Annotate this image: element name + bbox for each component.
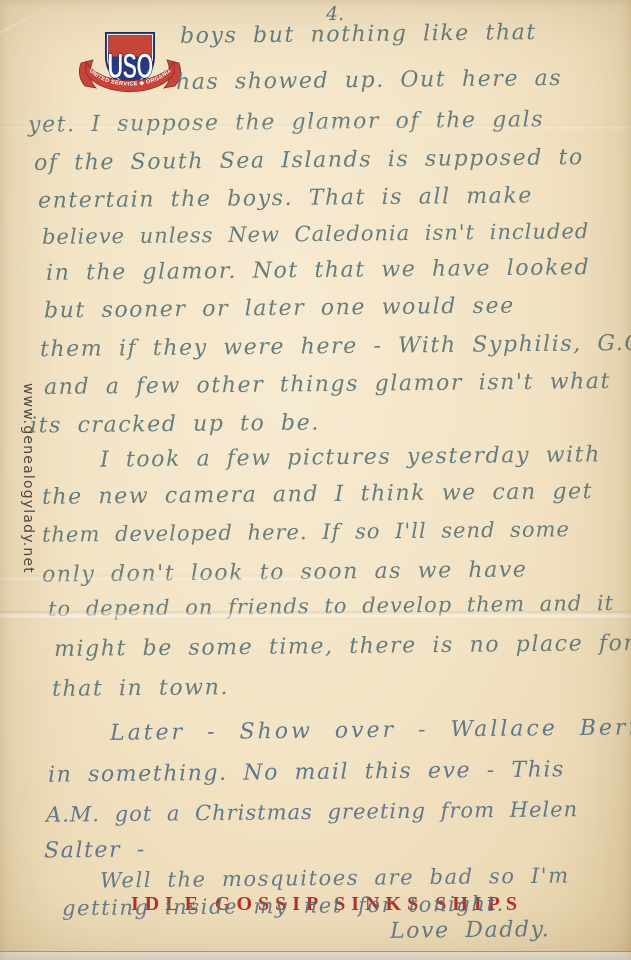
handwritten-line: Well the mosquitoes are bad so I'm xyxy=(100,864,570,893)
handwritten-line: entertain the boys. That is all make xyxy=(38,183,533,213)
letter-page: USO UNITED SERVICE ◆ ORGANIZATIONS 4. ww… xyxy=(0,0,631,960)
handwritten-line: has showed up. Out here as xyxy=(176,66,562,95)
watermark-url: www.genealogylady.net xyxy=(20,383,36,574)
handwritten-line: that in town. xyxy=(52,675,229,702)
handwritten-line: them if they were here - With Syphilis, … xyxy=(40,331,631,362)
handwritten-line: boys but nothing like that xyxy=(180,20,537,49)
handwritten-line: only don't look to soon as we have xyxy=(42,557,528,587)
handwritten-line: Later - Show over - Wallace Berry xyxy=(110,715,631,746)
handwritten-line: the new camera and I think we can get xyxy=(42,479,593,510)
handwritten-line: its cracked up to be. xyxy=(30,410,320,438)
handwritten-line: I took a few pictures yesterday with xyxy=(100,442,601,472)
signature: Love Daddy. xyxy=(390,917,551,944)
handwritten-line: yet. I suppose the glamor of the gals xyxy=(28,107,544,137)
handwritten-line: but sooner or later one would see xyxy=(44,294,515,324)
handwritten-line: might be some time, there is no place fo… xyxy=(54,631,631,662)
handwritten-line: getting inside my net for tonight. xyxy=(62,892,505,921)
handwritten-line: them developed here. If so I'll send som… xyxy=(42,517,570,547)
handwritten-line: Salter - xyxy=(44,837,146,863)
handwritten-line: in something. No mail this eve - This xyxy=(48,757,565,787)
uso-logo-icon: USO UNITED SERVICE ◆ ORGANIZATIONS xyxy=(77,30,183,110)
handwritten-line: of the South Sea Islands is supposed to xyxy=(34,145,584,176)
handwritten-line: to depend on friends to develop them and… xyxy=(48,591,614,621)
scan-edge xyxy=(0,951,631,960)
handwritten-line: in the glamor. Not that we have looked xyxy=(46,255,591,286)
handwritten-line: A.M. got a Christmas greeting from Helen xyxy=(46,797,578,827)
handwritten-line: and a few other things glamor isn't what xyxy=(44,369,611,400)
handwritten-line: believe unless New Caledonia isn't inclu… xyxy=(42,219,590,249)
